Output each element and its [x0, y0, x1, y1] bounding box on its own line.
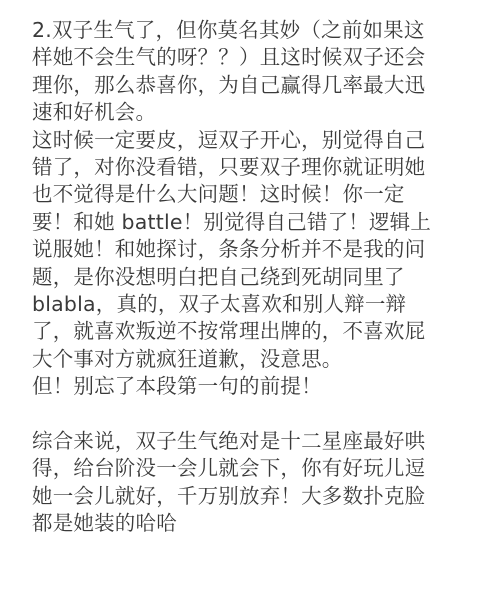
text-line: 题，是你没想明白把自己绕到死胡同里了	[32, 264, 452, 291]
text-line: 错了，对你没看错，只要双子理你就证明她	[32, 154, 452, 181]
paragraph-summary: 综合来说，双子生气绝对是十二星座最好哄 得，给台阶没一会儿就会下，你有好玩儿逗 …	[32, 428, 452, 538]
text-line: 样她不会生气的呀？？）且这时候双子还会	[32, 44, 452, 71]
text-line: blabla，真的，双子太喜欢和别人辩一辩	[32, 291, 452, 318]
text-line: 她一会儿就好，千万别放弃！大多数扑克脸	[32, 483, 452, 510]
text-line: 要！和她 battle！别觉得自己错了！逻辑上	[32, 209, 452, 236]
text-line: 但！别忘了本段第一句的前提！	[32, 373, 452, 400]
paragraph-premise: 但！别忘了本段第一句的前提！	[32, 373, 452, 400]
text-line: 都是她装的哈哈	[32, 510, 452, 537]
text-line: 得，给台阶没一会儿就会下，你有好玩儿逗	[32, 455, 452, 482]
blank-line	[32, 400, 452, 427]
text-line: 理你，那么恭喜你，为自己赢得几率最大迅	[32, 72, 452, 99]
text-line: 大个事对方就疯狂道歉，没意思。	[32, 346, 452, 373]
text-line: 也不觉得是什么大问题！这时候！你一定	[32, 181, 452, 208]
text-line: 了，就喜欢叛逆不按常理出牌的，不喜欢屁	[32, 318, 452, 345]
text-line: 2.双子生气了，但你莫名其妙（之前如果这	[32, 17, 452, 44]
paragraph-intro: 2.双子生气了，但你莫名其妙（之前如果这 样她不会生气的呀？？）且这时候双子还会…	[32, 17, 452, 127]
text-line: 说服她！和她探讨，条条分析并不是我的问	[32, 236, 452, 263]
paragraph-advice: 这时候一定要皮，逗双子开心，别觉得自己 错了，对你没看错，只要双子理你就证明她 …	[32, 127, 452, 374]
document-body: 2.双子生气了，但你莫名其妙（之前如果这 样她不会生气的呀？？）且这时候双子还会…	[32, 17, 452, 537]
text-line: 速和好机会。	[32, 99, 452, 126]
text-line: 这时候一定要皮，逗双子开心，别觉得自己	[32, 127, 452, 154]
text-line: 综合来说，双子生气绝对是十二星座最好哄	[32, 428, 452, 455]
